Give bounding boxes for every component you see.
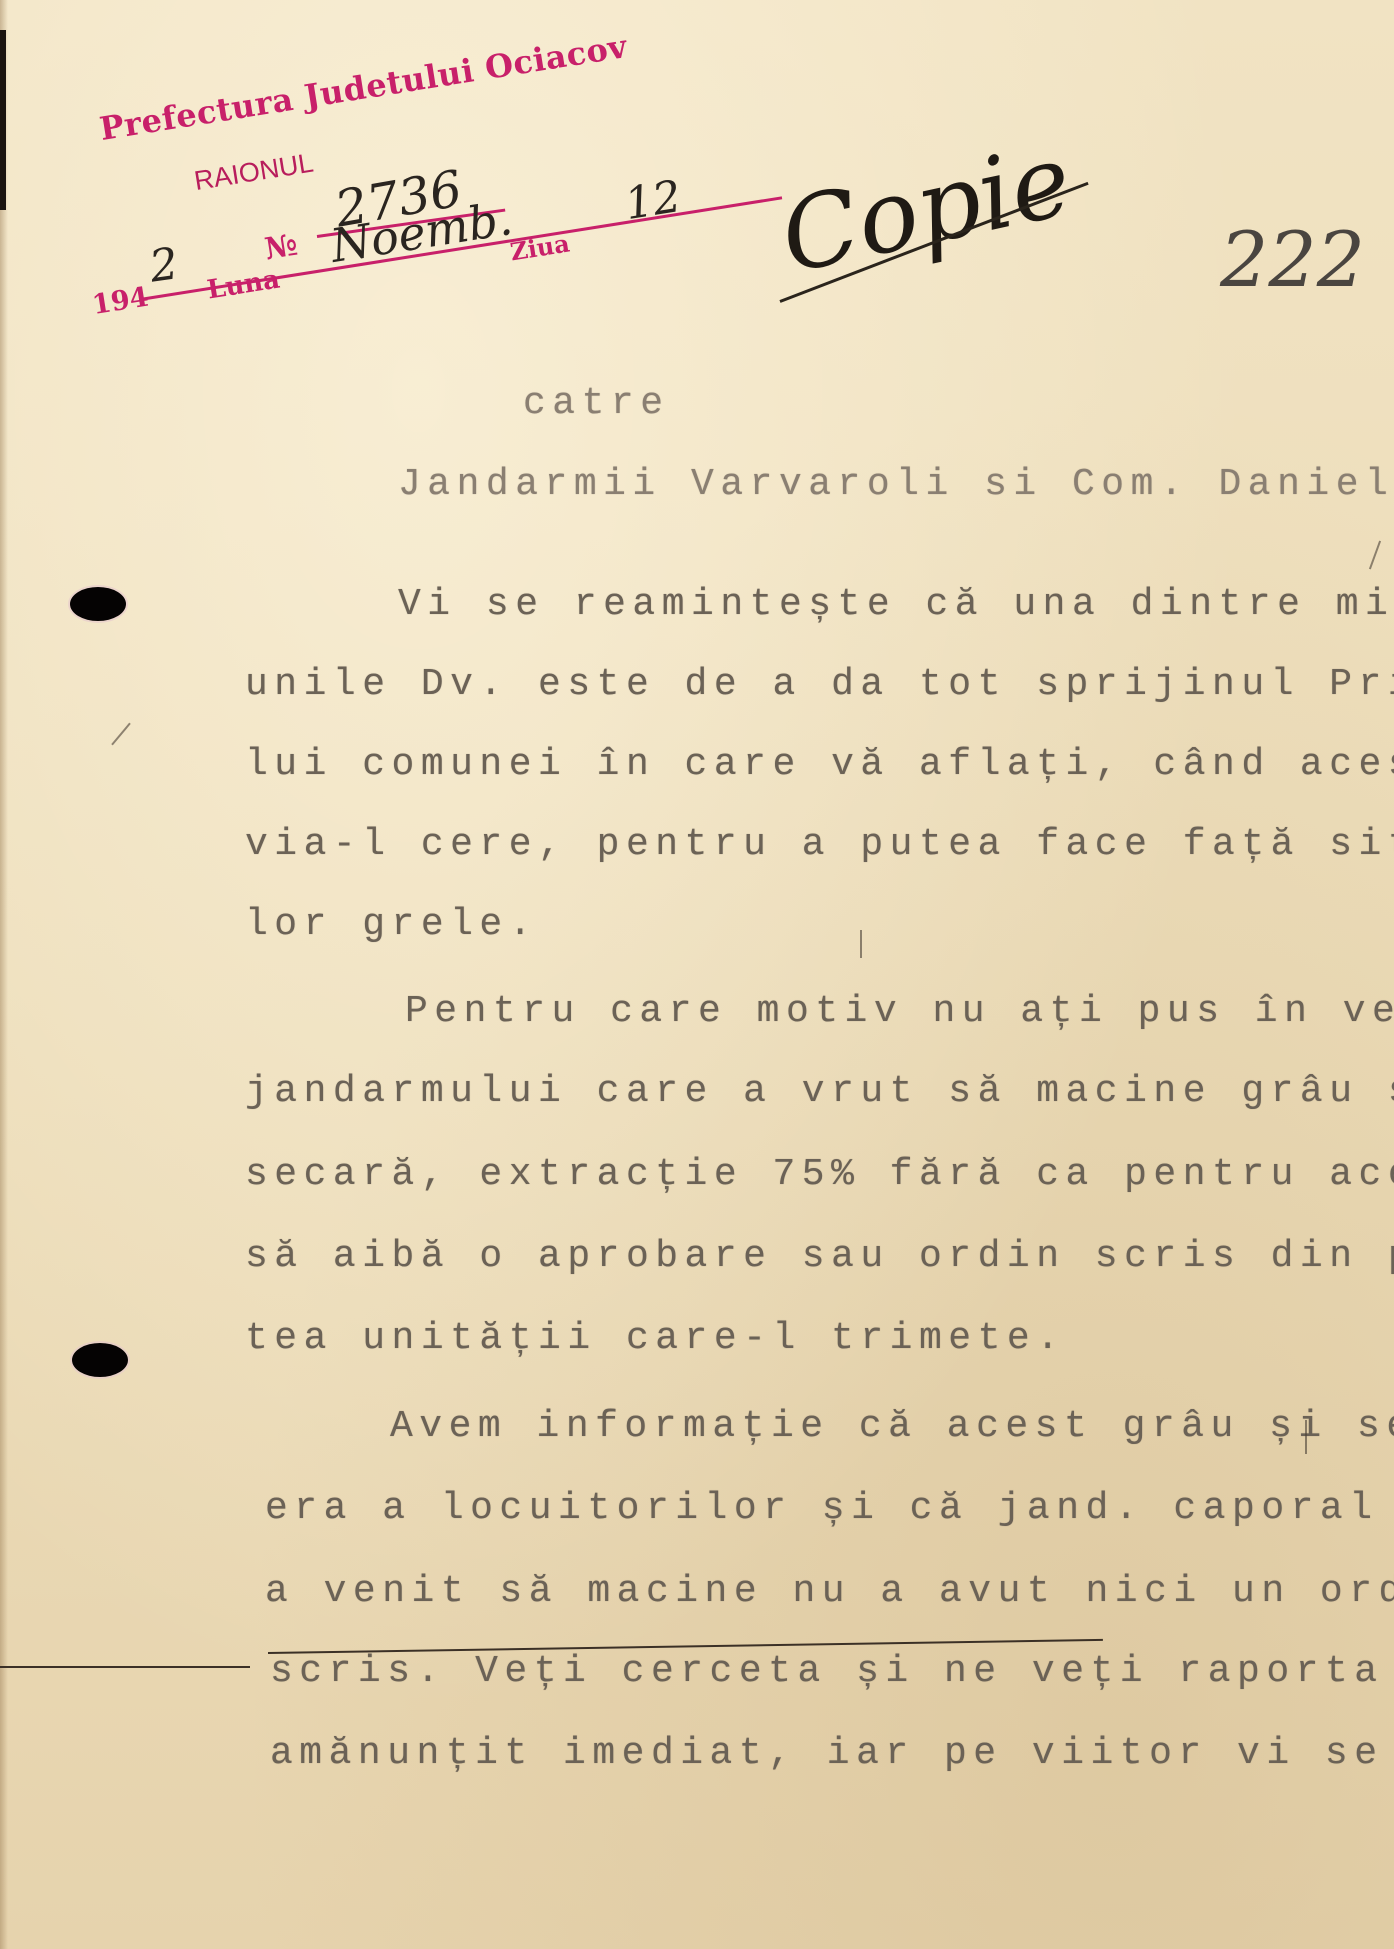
stamp-raionul: RAIONUL (192, 148, 315, 197)
addressee: Jandarmii Varvaroli si Com. Danielovca (398, 463, 1394, 506)
stamp-title: Prefectura Judetului Ociacov (97, 27, 630, 148)
stray-pencil-mark (860, 930, 862, 958)
stray-pencil-mark (1305, 1420, 1307, 1454)
registry-stamp: Prefectura Judetului Ociacov RAIONUL № 2… (95, 70, 695, 330)
stamp-year-digit: 2 (147, 238, 182, 292)
margin-rule-line (0, 1666, 250, 1668)
body-line: lui comunei în care vă aflați, când aces… (245, 743, 1394, 786)
handwritten-copy-note: Copie (771, 121, 1081, 296)
stray-pencil-mark (111, 723, 131, 746)
body-line: jandarmului care a vrut să macine grâu ș… (245, 1070, 1394, 1113)
body-line: amănunțit imediat, iar pe viitor vi se (270, 1732, 1384, 1775)
body-line: tea unității care-l trimete. (245, 1317, 1066, 1360)
body-line: scris. Veți cerceta și ne veți raporta (270, 1650, 1384, 1693)
stamp-day-value: 12 (621, 171, 684, 230)
punch-hole-bottom (72, 1343, 128, 1377)
stray-pencil-mark (1369, 541, 1381, 570)
body-line: să aibă o aprobare sau ordin scris din p… (245, 1235, 1394, 1278)
folio-number: 222 (1220, 215, 1365, 304)
punch-hole-top (70, 587, 126, 621)
body-line: a venit să macine nu a avut nici un ordi… (265, 1570, 1394, 1613)
body-line: Vi se reamintește că una dintre misi- (398, 583, 1394, 626)
body-line: via-l cere, pentru a putea face față sit… (245, 823, 1394, 866)
stamp-month-label: Luna (205, 264, 282, 305)
stamp-year-label: 194 (90, 282, 151, 321)
page-edge-shadow (0, 0, 8, 1949)
body-line: Pentru care motiv nu ați pus în vedere (405, 990, 1394, 1033)
stamp-number-label: № (262, 228, 300, 268)
body-line: lor grele. (245, 903, 538, 946)
body-line: era a locuitorilor și că jand. caporal c… (265, 1487, 1394, 1530)
body-line: unile Dv. este de a da tot sprijinul Pri… (245, 663, 1394, 706)
document-page: Prefectura Judetului Ociacov RAIONUL № 2… (0, 0, 1394, 1949)
salutation: catre (523, 382, 670, 425)
stamp-day-label: Ziua (508, 229, 571, 267)
body-line: secară, extracție 75% fără ca pentru ace… (245, 1153, 1394, 1196)
binding-strip (0, 30, 6, 210)
body-line: Avem informație că acest grâu și secară (390, 1405, 1394, 1448)
